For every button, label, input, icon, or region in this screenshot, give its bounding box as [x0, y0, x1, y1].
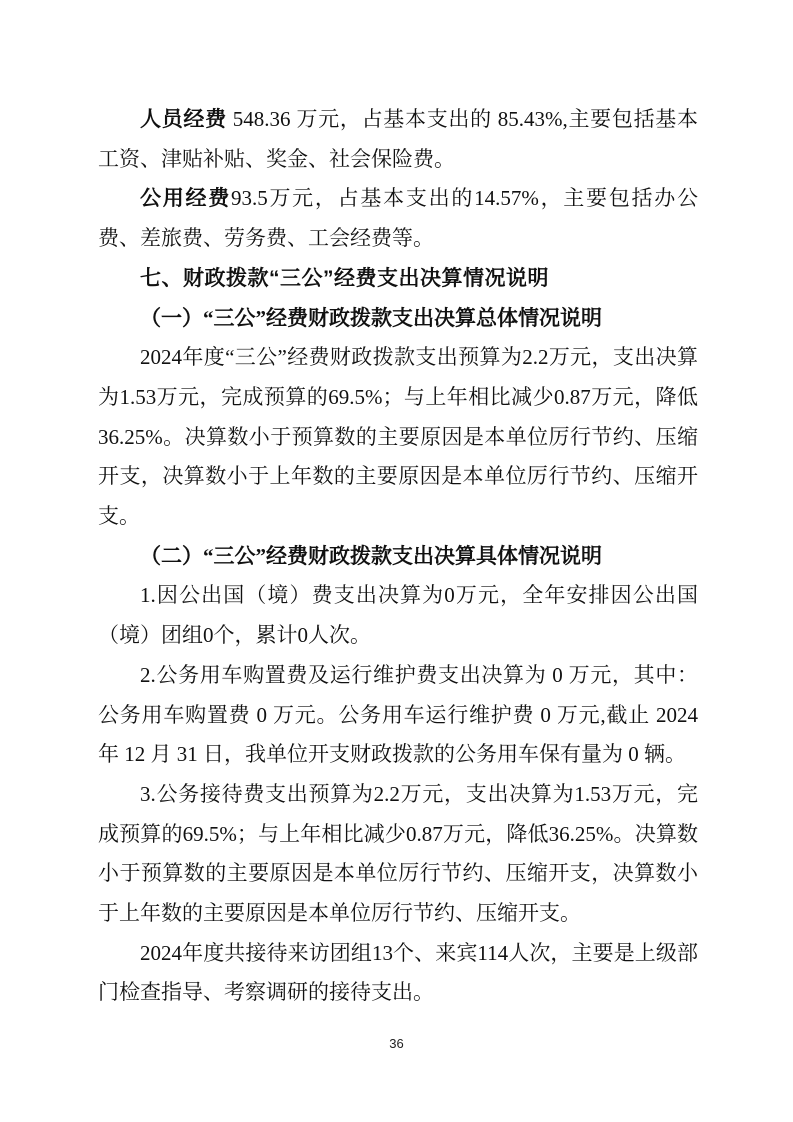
page-number: 36: [0, 1036, 793, 1051]
heading-subsection-two: （二）“三公”经费财政拨款支出决算具体情况说明: [98, 537, 698, 577]
paragraph-public-expense: 公用经费93.5万元，占基本支出的14.57%，主要包括办公费、差旅费、劳务费、…: [98, 179, 698, 258]
paragraph-reception-detail: 2024年度共接待来访团组13个、来宾114人次，主要是上级部门检查指导、考察调…: [98, 934, 698, 1013]
document-body: 人员经费 548.36 万元，占基本支出的 85.43%,主要包括基本工资、津贴…: [98, 100, 698, 1013]
paragraph-lead-public: 公用经费: [140, 186, 231, 210]
paragraph-lead-personnel: 人员经费: [140, 107, 227, 131]
paragraph-abroad-expense: 1.因公出国（境）费支出决算为0万元，全年安排因公出国（境）团组0个，累计0人次…: [98, 576, 698, 655]
document-page: 人员经费 548.36 万元，占基本支出的 85.43%,主要包括基本工资、津贴…: [0, 0, 793, 1122]
heading-section-seven: 七、财政拨款“三公”经费支出决算情况说明: [98, 259, 698, 299]
paragraph-vehicle-expense: 2.公务用车购置费及运行维护费支出决算为 0 万元，其中：公务用车购置费 0 万…: [98, 656, 698, 775]
paragraph-reception-expense: 3.公务接待费支出预算为2.2万元，支出决算为1.53万元，完成预算的69.5%…: [98, 775, 698, 934]
paragraph-overall-situation: 2024年度“三公”经费财政拨款支出预算为2.2万元，支出决算为1.53万元，完…: [98, 338, 698, 537]
paragraph-personnel-expense: 人员经费 548.36 万元，占基本支出的 85.43%,主要包括基本工资、津贴…: [98, 100, 698, 179]
heading-subsection-one: （一）“三公”经费财政拨款支出决算总体情况说明: [98, 299, 698, 339]
